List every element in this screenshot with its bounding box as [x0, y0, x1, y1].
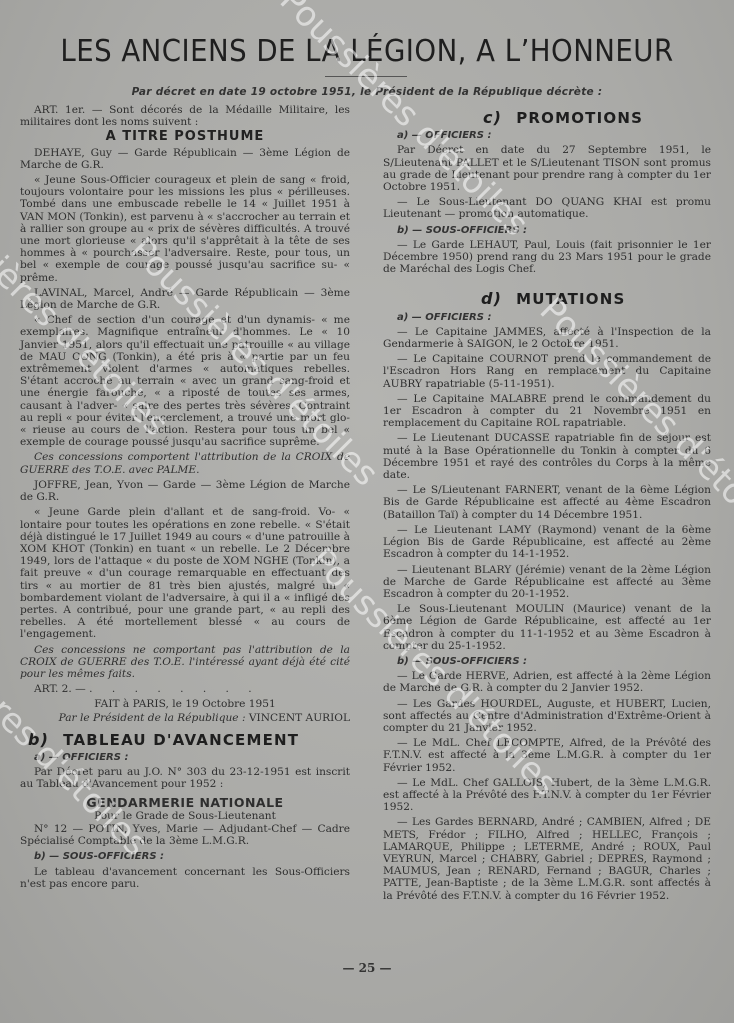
mutations-officiers-list: — Le Capitaine JAMMES, affecté à l'Inspe…: [383, 326, 711, 652]
right-column: c)PROMOTIONS a) — OFFICIERS : Par Décret…: [383, 112, 711, 905]
scanned-page: LES ANCIENS DE LA LÉGION, A L’HONNEUR Pa…: [0, 0, 734, 1023]
promotions-title: PROMOTIONS: [516, 109, 643, 127]
potin-entry: N° 12 — POTIN, Yves, Marie — Adjudant-Ch…: [20, 823, 350, 847]
mutation-entry: — Le MdL. Chef LECOMPTE, Alfred, de la P…: [383, 737, 711, 774]
lavinal-note: Ces concessions comportent l'attribution…: [20, 451, 350, 475]
lavinal-citation: « Chef de section d'un courage et d'un d…: [20, 314, 350, 448]
promotions-officiers-label: a) — OFFICIERS :: [397, 130, 711, 142]
mutation-entry: — Les Gardes HOURDEL, Auguste, et HUBERT…: [383, 698, 711, 735]
posthume-heading: A TITRE POSTHUME: [20, 131, 350, 143]
signature-name: VINCENT AURIOL: [249, 712, 350, 724]
tableau-sous-officiers-text: Le tableau d'avancement concernant les S…: [20, 866, 350, 890]
mutation-entry: — Le MdL. Chef GALLOIS, Hubert, de la 3è…: [383, 777, 711, 814]
gendarmerie-heading: GENDARMERIE NATIONALE: [20, 797, 350, 809]
mutation-entry: — Le Capitaine MALABRE prend le commande…: [383, 393, 711, 430]
article-1: ART. 1er. — Sont décorés de la Médaille …: [20, 104, 350, 128]
promotions-p3: — Le Garde LEHAUT, Paul, Louis (fait pri…: [383, 239, 711, 276]
promotions-p1: Par Décret en date du 27 Septembre 1951,…: [383, 144, 711, 193]
decree-intro: Par décret en date 19 octobre 1951, le P…: [0, 86, 734, 98]
tableau-officiers-text: Par Décret paru au J.O. N° 303 du 23-12-…: [20, 766, 350, 790]
promotions-p2: — Le Sous-Lieutenant DO QUANG KHAI est p…: [383, 196, 711, 220]
mutation-entry: — Le Lieutenant DUCASSE rapatriable fin …: [383, 432, 711, 481]
dehaye-citation: « Jeune Sous-Officier courageux et plein…: [20, 174, 350, 284]
mutations-heading: d)MUTATIONS: [383, 293, 711, 305]
tableau-heading: b)TABLEAU D'AVANCEMENT: [28, 734, 350, 746]
mutation-entry: — Le Capitaine JAMMES, affecté à l'Inspe…: [383, 326, 711, 350]
mutation-entry: — Le S/Lieutenant FARNERT, venant de la …: [383, 484, 711, 521]
mutation-entry: — Le Capitaine COURNOT prend le commande…: [383, 353, 711, 390]
lavinal-name: LAVINAL, Marcel, André — Garde Républica…: [20, 287, 350, 311]
tableau-title: TABLEAU D'AVANCEMENT: [63, 731, 299, 749]
mutation-entry: — Lieutenant BLARY (Jérémie) venant de l…: [383, 564, 711, 601]
grade-line: Pour le Grade de Sous-Lieutenant: [20, 810, 350, 822]
article-2-label: ART. 2. —: [34, 683, 86, 695]
mutation-entry: — Les Gardes BERNARD, André ; CAMBIEN, A…: [383, 816, 711, 901]
tableau-letter: b): [28, 730, 49, 749]
mutations-sous-officiers-list: — Le Garde HERVE, Adrien, est affecté à …: [383, 670, 711, 902]
tableau-sous-officiers-label: b) — SOUS-OFFICIERS :: [34, 851, 350, 863]
joffre-citation: « Jeune Garde plein d'allant et de sang-…: [20, 506, 350, 640]
left-column: ART. 1er. — Sont décorés de la Médaille …: [20, 104, 350, 893]
mutation-entry: Le Sous-Lieutenant MOULIN (Maurice) vena…: [383, 603, 711, 652]
fait-a-paris: FAIT à PARIS, le 19 Octobre 1951: [20, 698, 350, 710]
title-divider: [325, 76, 407, 77]
mutation-entry: — Le Garde HERVE, Adrien, est affecté à …: [383, 670, 711, 694]
promotions-heading: c)PROMOTIONS: [383, 112, 711, 124]
mutations-letter: d): [481, 289, 502, 308]
dehaye-name: DEHAYE, Guy — Garde Républicain — 3ème L…: [20, 147, 350, 171]
mutations-title: MUTATIONS: [516, 290, 625, 308]
article-2-dots: . . . . . . . .: [89, 683, 260, 695]
joffre-note: Ces concessions ne comportant pas l'attr…: [20, 644, 350, 681]
promotions-sous-officiers-label: b) — SOUS-OFFICIERS :: [397, 225, 711, 237]
tableau-officiers-label: a) — OFFICIERS :: [34, 752, 350, 764]
joffre-name: JOFFRE, Jean, Yvon — Garde — 3ème Légion…: [20, 479, 350, 503]
mutations-sous-officiers-label: b) — SOUS-OFFICIERS :: [397, 656, 711, 668]
mutation-entry: — Le Lieutenant LAMY (Raymond) venant de…: [383, 524, 711, 561]
page-number: — 25 —: [0, 961, 734, 975]
page-title: LES ANCIENS DE LA LÉGION, A L’HONNEUR: [29, 34, 704, 69]
mutations-officiers-label: a) — OFFICIERS :: [397, 312, 711, 324]
signature-line: Par le Président de la République : VINC…: [20, 712, 350, 724]
article-2: ART. 2. — . . . . . . . .: [20, 683, 350, 695]
promotions-letter: c): [483, 108, 502, 127]
signature-prefix: Par le Président de la République :: [59, 712, 246, 724]
